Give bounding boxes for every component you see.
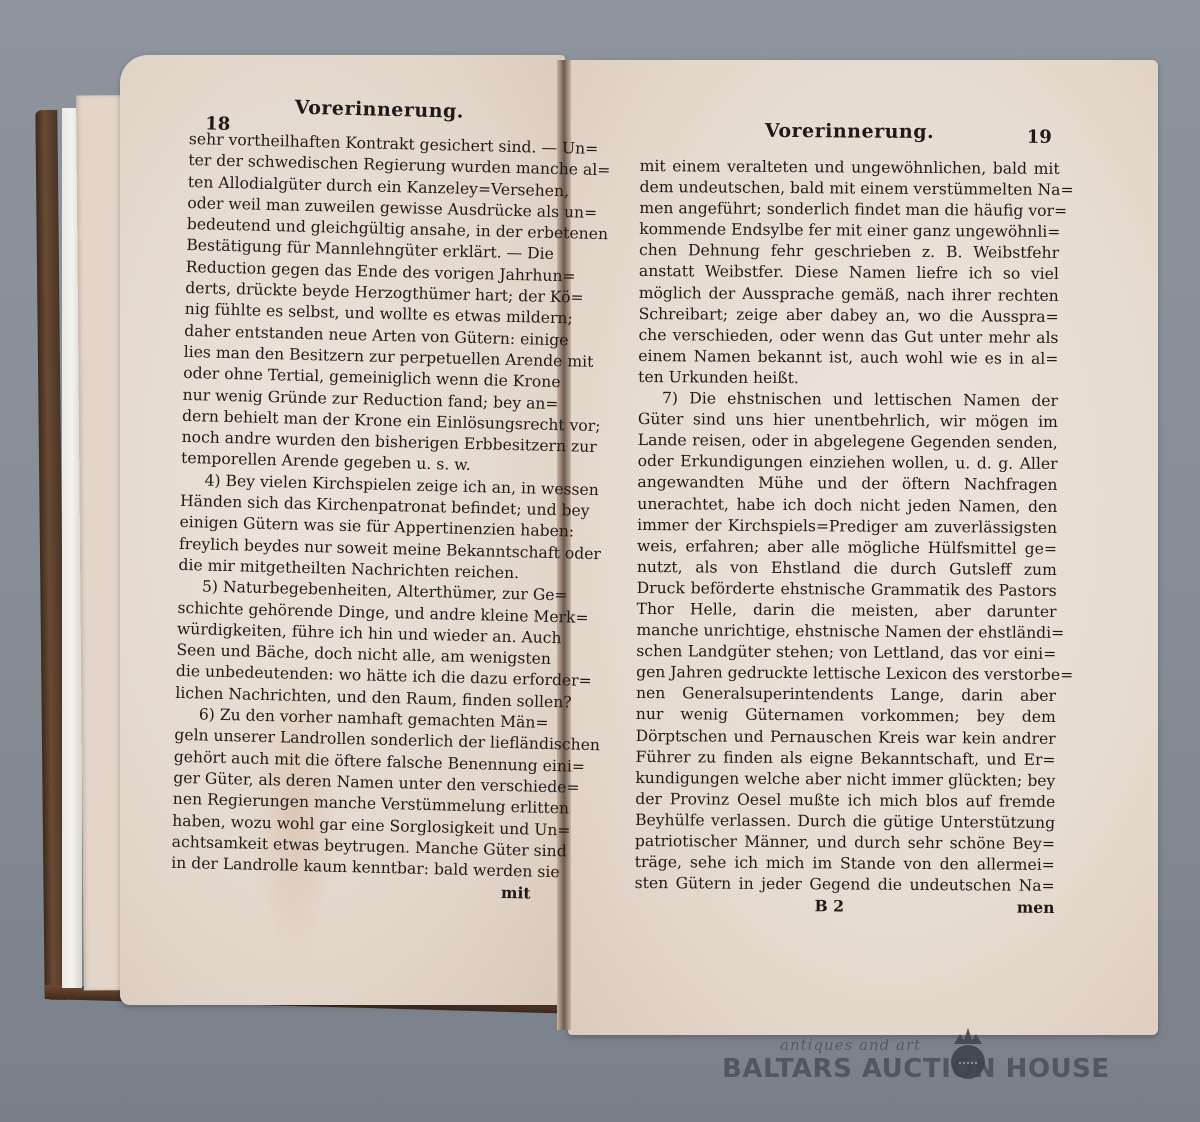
page-number: 19: [1027, 127, 1052, 148]
text-line: anstatt Weibstfer. Diese Namen liefre ic…: [639, 261, 1059, 285]
text-line: patriotischer Männer, und durch sehr sch…: [635, 831, 1055, 855]
running-head-title: Vorerinnerung.: [294, 98, 464, 123]
text-line: einem Namen bekannt ist, auch wohl wie e…: [638, 346, 1058, 370]
text-line: Führer zu finden als eigne Bekanntschaft…: [635, 747, 1055, 771]
text-line: Lande reisen, oder in abgelegene Gegende…: [638, 430, 1058, 454]
text-line: Druck beförderte ehstnische Grammatik de…: [637, 578, 1057, 602]
text-line: kommende Endsylbe fer mit einer ganz ung…: [639, 219, 1059, 243]
signature-mark: B 2: [814, 896, 844, 917]
text-line: ten Urkunden heißt.: [638, 367, 1058, 391]
text-line: kundigungen welche aber nicht immer glüc…: [635, 768, 1055, 792]
text-line: mit einem veralteten und ungewöhnlichen,…: [640, 156, 1060, 180]
text-line: oder Erkundigungen einziehen wollen, u. …: [638, 451, 1058, 475]
text-line: che verschieden, oder wenn das Gut unter…: [638, 325, 1058, 349]
right-running-head: Vorerinnerung. 19: [640, 118, 1060, 151]
text-line: chen Dehnung fehr geschrieben z. B. Weib…: [639, 240, 1059, 264]
crown-icon: [950, 1026, 986, 1082]
text-line: der Provinz Oesel mußte ich mich blos au…: [635, 789, 1055, 813]
paragraph-7-start: 7) Die ehstnischen und lettischen Namen …: [638, 388, 1058, 412]
signature-line: B 2 men: [634, 894, 1054, 918]
text-line: sten Gütern in jeder Gegend die undeutsc…: [635, 873, 1055, 897]
text-line: Dörptschen und Pernauschen Kreis war kei…: [636, 726, 1056, 750]
open-book-photo: 18 Vorerinnerung. sehr vortheilhaften Ko…: [0, 0, 1200, 1122]
left-page-text: 18 Vorerinnerung. sehr vortheilhaften Ko…: [170, 95, 549, 904]
text-line: Thor Helle, darin die meisten, aber daru…: [636, 599, 1056, 623]
text-line: weis, erfahren; aber alle mögliche Hülfs…: [637, 536, 1057, 560]
text-line: angewandten Mühe und der öftern Nachfrag…: [637, 472, 1057, 496]
text-line: dem undeutschen, bald mit einem verstümm…: [639, 177, 1059, 201]
auction-house-watermark: antiques and art BALTARS AUCTION HOUSE: [722, 1036, 1122, 1096]
text-line: möglich der Aussprache gemäß, nach ihrer…: [639, 283, 1059, 307]
text-line: träge, sehe ich mich im Stande von den a…: [635, 852, 1055, 876]
right-page-text: Vorerinnerung. 19 mit einem veralteten u…: [634, 118, 1060, 918]
text-line: manche unrichtige, ehstnische Namen der …: [636, 620, 1056, 644]
running-head-title: Vorerinnerung.: [765, 121, 934, 143]
watermark-name: BALTARS AUCTION HOUSE: [722, 1054, 1110, 1084]
watermark-tagline: antiques and art: [780, 1036, 921, 1054]
text-line: gen Jahren gedruckte lettische Lexicon d…: [636, 662, 1056, 686]
text-line: nur wenig Güternamen vorkommen; bey dem: [636, 704, 1056, 728]
text-line: nen Generalsuperintendents Lange, darin …: [636, 683, 1056, 707]
text-line: immer der Kirchspiels=Prediger am zuverl…: [637, 515, 1057, 539]
text-line: Beyhülfe verlassen. Durch die gütige Unt…: [635, 810, 1055, 834]
page-number: 18: [205, 113, 231, 135]
text-line: Güter sind uns hier unentbehrlich, wir m…: [638, 409, 1058, 433]
text-line: unerachtet, habe ich doch nicht jeden Na…: [637, 493, 1057, 517]
text-line: men angeführt; sonderlich findet man die…: [639, 198, 1059, 222]
text-line: Schreibart; zeige aber dabey an, wo die …: [639, 304, 1059, 328]
text-line: nutzt, als von Ehstland die durch Gutsle…: [637, 557, 1057, 581]
catchword: men: [1017, 897, 1055, 918]
text-line: schen Landgüter stehen; von Lettland, da…: [636, 641, 1056, 665]
